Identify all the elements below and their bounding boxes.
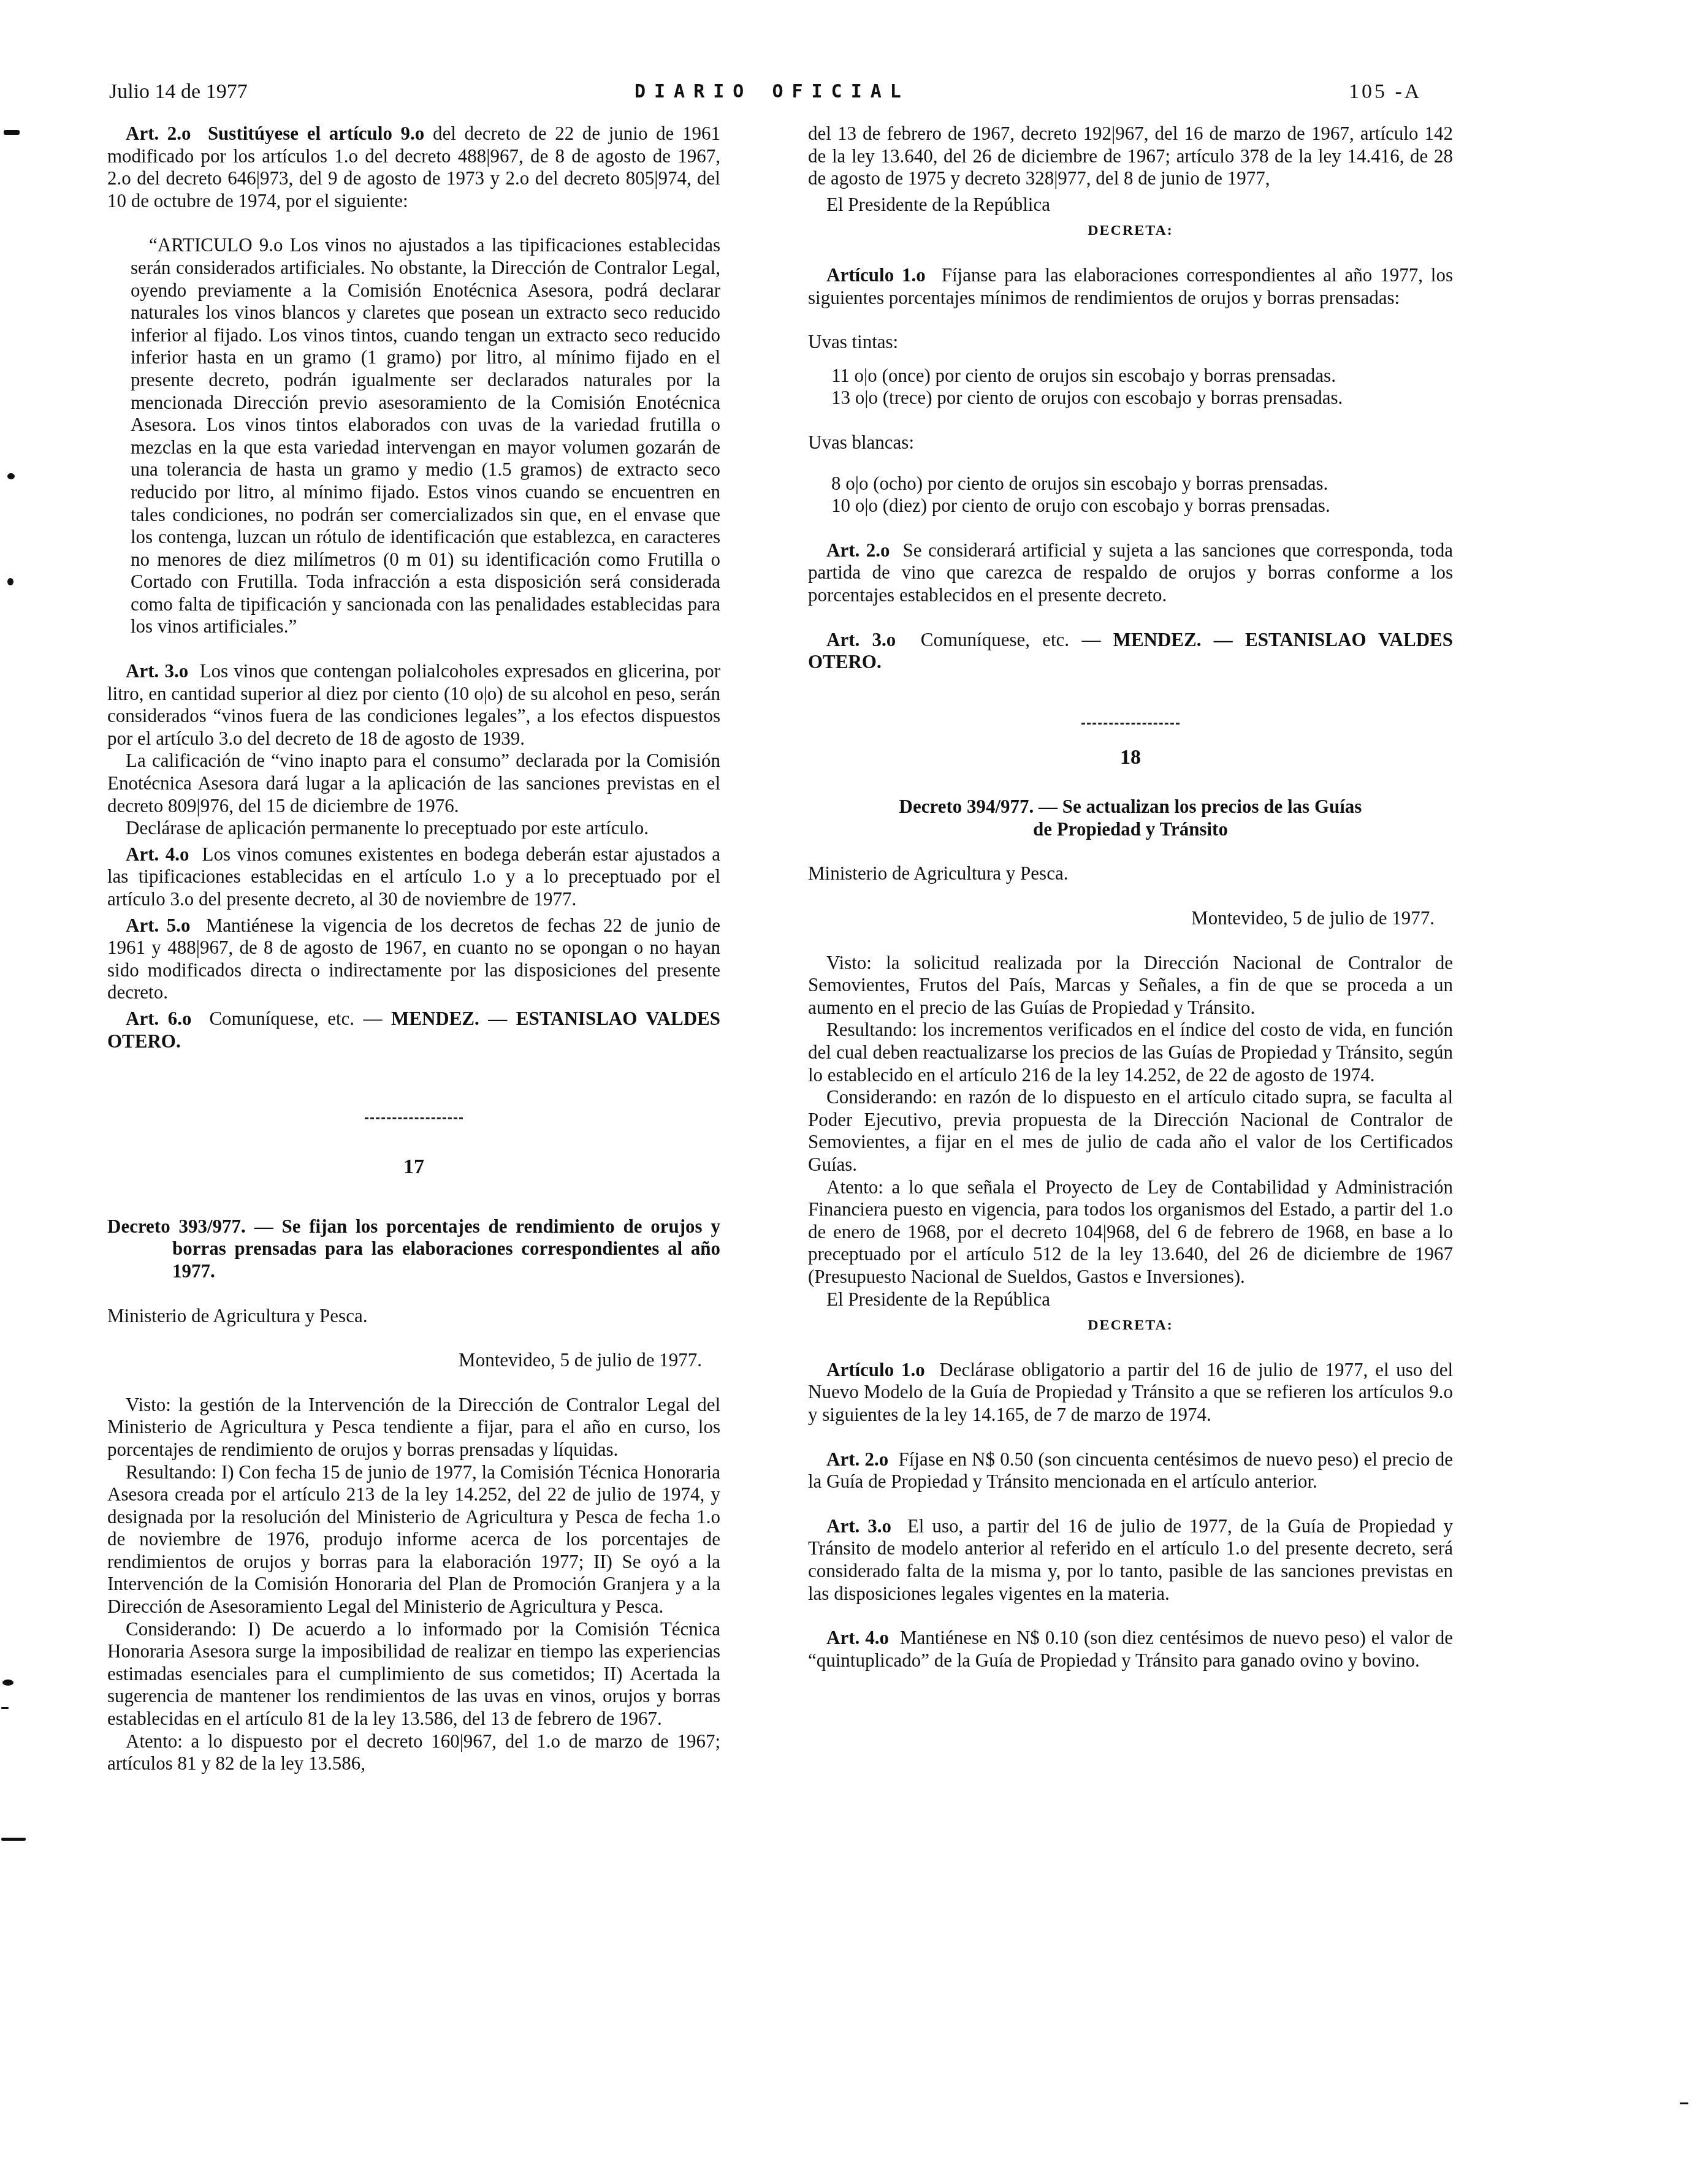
article-3: Art. 3.o El uso, a partir del 16 de juli…	[808, 1515, 1453, 1605]
article-2: Art. 2.o Se considerará artificial y suj…	[808, 539, 1453, 607]
decreta-heading: DECRETA:	[808, 1314, 1453, 1337]
page-date: Julio 14 de 1977	[109, 80, 248, 104]
uvas-tintas-heading: Uvas tintas:	[808, 331, 1453, 354]
section-number-18: 18	[808, 747, 1453, 769]
list-item: 8 o|o (ocho) por ciento de orujos sin es…	[808, 473, 1453, 495]
publication-title: DIARIO OFICIAL	[635, 80, 910, 104]
place-date: Montevideo, 5 de julio de 1977.	[808, 907, 1453, 930]
considerando: Considerando: en razón de lo dispuesto e…	[808, 1086, 1453, 1176]
president-heading: El Presidente de la República	[808, 194, 1453, 216]
article-text: Se considerará artificial y sujeta a las…	[808, 539, 1453, 606]
article-3: Art. 3.o Comuníquese, etc. — MENDEZ. — E…	[808, 629, 1453, 674]
atento: Atento: a lo dispuesto por el decreto 16…	[107, 1730, 720, 1775]
article-label: Art. 6.o	[126, 1008, 191, 1029]
article-label: Art. 3.o	[826, 1515, 891, 1537]
scan-speck	[2, 1680, 13, 1686]
scan-speck	[7, 578, 13, 585]
ministry: Ministerio de Agricultura y Pesca.	[808, 862, 1453, 885]
article-label: Art. 5.o	[126, 915, 191, 936]
article-label: Art. 2.o	[126, 123, 191, 144]
atento-continuation: del 13 de febrero de 1967, decreto 192|9…	[808, 123, 1453, 190]
article-5: Art. 5.o Mantiénese la vigencia de los d…	[107, 915, 720, 1004]
visto: Visto: la gestión de la Intervención de …	[107, 1394, 720, 1461]
decree-title-394-line2: de Propiedad y Tránsito	[808, 818, 1453, 841]
list-item: 13 o|o (trece) por ciento de orujos con …	[808, 387, 1453, 409]
resultando: Resultando: los incrementos verificados …	[808, 1019, 1453, 1086]
article-text: Los vinos comunes existentes en bodega d…	[107, 843, 720, 910]
right-column: del 13 de febrero de 1967, decreto 192|9…	[808, 123, 1453, 1672]
article-text: Fíjase en N$ 0.50 (son cincuenta centési…	[808, 1448, 1453, 1493]
article-6: Art. 6.o Comuníquese, etc. — MENDEZ. — E…	[107, 1008, 720, 1052]
ministry: Ministerio de Agricultura y Pesca.	[107, 1305, 720, 1328]
article-text: Comuníquese, etc. —	[921, 629, 1101, 650]
article-3: Art. 3.o Los vinos que contengan polialc…	[107, 660, 720, 750]
scan-speck	[1, 1707, 9, 1709]
section-separator	[365, 1117, 463, 1119]
considerando: Considerando: I) De acuerdo a lo informa…	[107, 1618, 720, 1730]
list-item: 11 o|o (once) por ciento de orujos sin e…	[808, 365, 1453, 387]
article-label: Artículo 1.o	[826, 264, 926, 286]
article-label: Art. 2.o	[826, 1448, 888, 1470]
page-number: 105 -A	[1349, 80, 1422, 104]
uvas-tintas-list: 11 o|o (once) por ciento de orujos sin e…	[808, 365, 1453, 409]
resultando: Resultando: I) Con fecha 15 de junio de …	[107, 1461, 720, 1618]
section-separator	[1081, 723, 1180, 725]
article-label: Art. 3.o	[126, 660, 188, 682]
scan-speck	[1680, 2102, 1688, 2104]
scan-speck	[1, 1838, 26, 1841]
article-3-paragraph-3: Declárase de aplicación permanente lo pr…	[107, 817, 720, 840]
article-label: Art. 2.o	[826, 539, 890, 561]
scan-speck	[7, 473, 15, 479]
article-label: Artículo 1.o	[826, 1359, 925, 1380]
president-heading: El Presidente de la República	[808, 1288, 1453, 1311]
article-2: Art. 2.o Sustitúyese el artículo 9.o del…	[107, 123, 720, 212]
article-lead: Sustitúyese el artículo 9.o	[208, 123, 424, 144]
article-3-paragraph-2: La calificación de “vino inapto para el …	[107, 750, 720, 817]
place-date: Montevideo, 5 de julio de 1977.	[107, 1349, 720, 1372]
article-label: Art. 3.o	[826, 629, 896, 650]
section-number-17: 17	[107, 1156, 720, 1179]
list-item: 10 o|o (diez) por ciento de orujo con es…	[808, 495, 1453, 517]
left-column: Art. 2.o Sustitúyese el artículo 9.o del…	[107, 123, 720, 1775]
uvas-blancas-heading: Uvas blancas:	[808, 432, 1453, 454]
signature: MENDEZ. — ESTANISLAO VALDES OTERO.	[107, 1008, 720, 1052]
article-4: Art. 4.o Mantiénese en N$ 0.10 (son diez…	[808, 1627, 1453, 1672]
article-1: Artículo 1.o Fíjanse para las elaboracio…	[808, 264, 1453, 309]
visto: Visto: la solicitud realizada por la Dir…	[808, 952, 1453, 1019]
article-text: Comuníquese, etc. —	[209, 1008, 382, 1029]
article-text: El uso, a partir del 16 de julio de 1977…	[808, 1515, 1453, 1604]
atento: Atento: a lo que señala el Proyecto de L…	[808, 1176, 1453, 1288]
article-1: Artículo 1.o Declárase obligatorio a par…	[808, 1359, 1453, 1426]
decree-title-394-line1: Decreto 394/977. — Se actualizan los pre…	[808, 796, 1453, 818]
article-2: Art. 2.o Fíjase en N$ 0.50 (son cincuent…	[808, 1448, 1453, 1493]
uvas-blancas-list: 8 o|o (ocho) por ciento de orujos sin es…	[808, 473, 1453, 517]
signature: MENDEZ. — ESTANISLAO VALDES OTERO.	[808, 629, 1453, 673]
article-text: Mantiénese en N$ 0.10 (son diez centésim…	[808, 1627, 1453, 1671]
decreta-heading: DECRETA:	[808, 219, 1453, 242]
article-text: Los vinos que contengan polialcoholes ex…	[107, 660, 720, 749]
article-9-quote: “ARTICULO 9.o Los vinos no ajustados a l…	[107, 234, 720, 638]
scan-speck	[4, 130, 20, 135]
article-4: Art. 4.o Los vinos comunes existentes en…	[107, 843, 720, 911]
decree-title-393: Decreto 393/977. — Se fijan los porcenta…	[107, 1216, 720, 1283]
article-label: Art. 4.o	[826, 1627, 889, 1648]
article-label: Art. 4.o	[126, 843, 189, 865]
article-text: Mantiénese la vigencia de los decretos d…	[107, 915, 720, 1003]
